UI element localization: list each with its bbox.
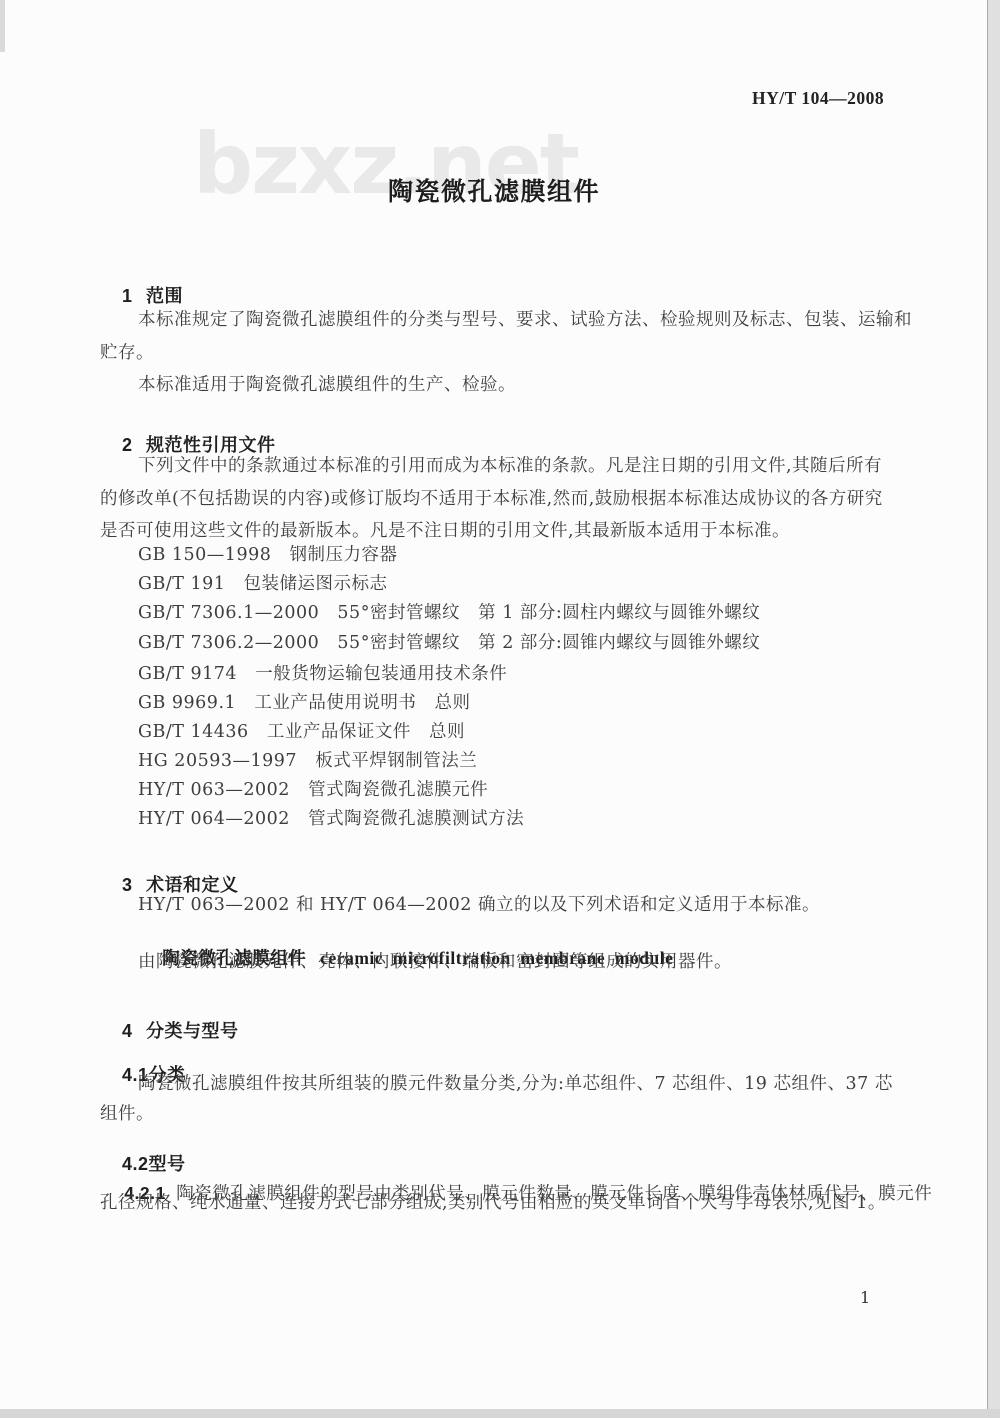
scan-edge-bottom [0, 1409, 1000, 1418]
page-number: 1 [860, 1288, 870, 1307]
scope-paragraph-line: 贮存。 [100, 342, 154, 364]
classification-paragraph-line: 组件。 [100, 1103, 154, 1125]
section-4-label: 分类与型号 [146, 1021, 239, 1041]
reference-item: HY/T 064—2002 管式陶瓷微孔滤膜测试方法 [138, 808, 524, 830]
section-1-label: 范围 [146, 286, 183, 306]
section-2-number: 2 [122, 434, 146, 456]
section-1-number: 1 [122, 285, 146, 307]
reference-item: GB/T 9174 一般货物运输包装通用技术条件 [138, 663, 507, 685]
reference-item: GB 150—1998 钢制压力容器 [138, 544, 398, 566]
standard-code: HY/T 104—2008 [752, 88, 884, 109]
refs-intro-line: 的修改单(不包括勘误的内容)或修订版均不适用于本标准,然而,鼓励根据本标准达成协… [100, 488, 883, 510]
refs-intro-line: 是否可使用这些文件的最新版本。凡是不注日期的引用文件,其最新版本适用于本标准。 [100, 520, 790, 542]
term-definition: 由陶瓷微孔滤膜元件、壳体、内联接件、端板和密封圈等组成的实用器件。 [138, 951, 732, 973]
reference-item: HG 20593—1997 板式平焊钢制管法兰 [138, 750, 477, 772]
page-title: 陶瓷微孔滤膜组件 [0, 172, 988, 208]
terms-intro: HY/T 063—2002 和 HY/T 064—2002 确立的以及下列术语和… [138, 894, 820, 916]
reference-item: GB/T 7306.2—2000 55°密封管螺纹 第 2 部分:圆锥内螺纹与圆… [138, 632, 760, 654]
model-paragraph-line: 孔径规格、纯水通量、连接方式七部分组成,类别代号由相应的英文单词首个大写字母表示… [100, 1192, 886, 1214]
reference-item: GB 9969.1 工业产品使用说明书 总则 [138, 692, 471, 714]
reference-item: HY/T 063—2002 管式陶瓷微孔滤膜元件 [138, 779, 488, 801]
scan-edge-corner [0, 0, 5, 52]
reference-item: GB/T 7306.1—2000 55°密封管螺纹 第 1 部分:圆柱内螺纹与圆… [138, 602, 760, 624]
scope-paragraph-line: 本标准适用于陶瓷微孔滤膜组件的生产、检验。 [138, 374, 516, 396]
section-3-label: 术语和定义 [146, 875, 239, 895]
reference-item: GB/T 191 包装储运图示标志 [138, 573, 388, 595]
classification-paragraph-line: 陶瓷微孔滤膜组件按其所组装的膜元件数量分类,分为:单芯组件、7 芯组件、19 芯… [138, 1073, 893, 1095]
reference-item: GB/T 14436 工业产品保证文件 总则 [138, 721, 465, 743]
scan-edge-right [987, 0, 1000, 1418]
section-2-label: 规范性引用文件 [146, 435, 276, 455]
section-3-number: 3 [122, 874, 146, 896]
refs-intro-line: 下列文件中的条款通过本标准的引用而成为本标准的条款。凡是注日期的引用文件,其随后… [138, 455, 882, 477]
section-4-number: 4 [122, 1020, 146, 1042]
document-page: bzxz.net HY/T 104—2008 陶瓷微孔滤膜组件 1范围 本标准规… [0, 0, 1000, 1418]
scope-paragraph-line: 本标准规定了陶瓷微孔滤膜组件的分类与型号、要求、试验方法、检验规则及标志、包装、… [138, 309, 912, 331]
